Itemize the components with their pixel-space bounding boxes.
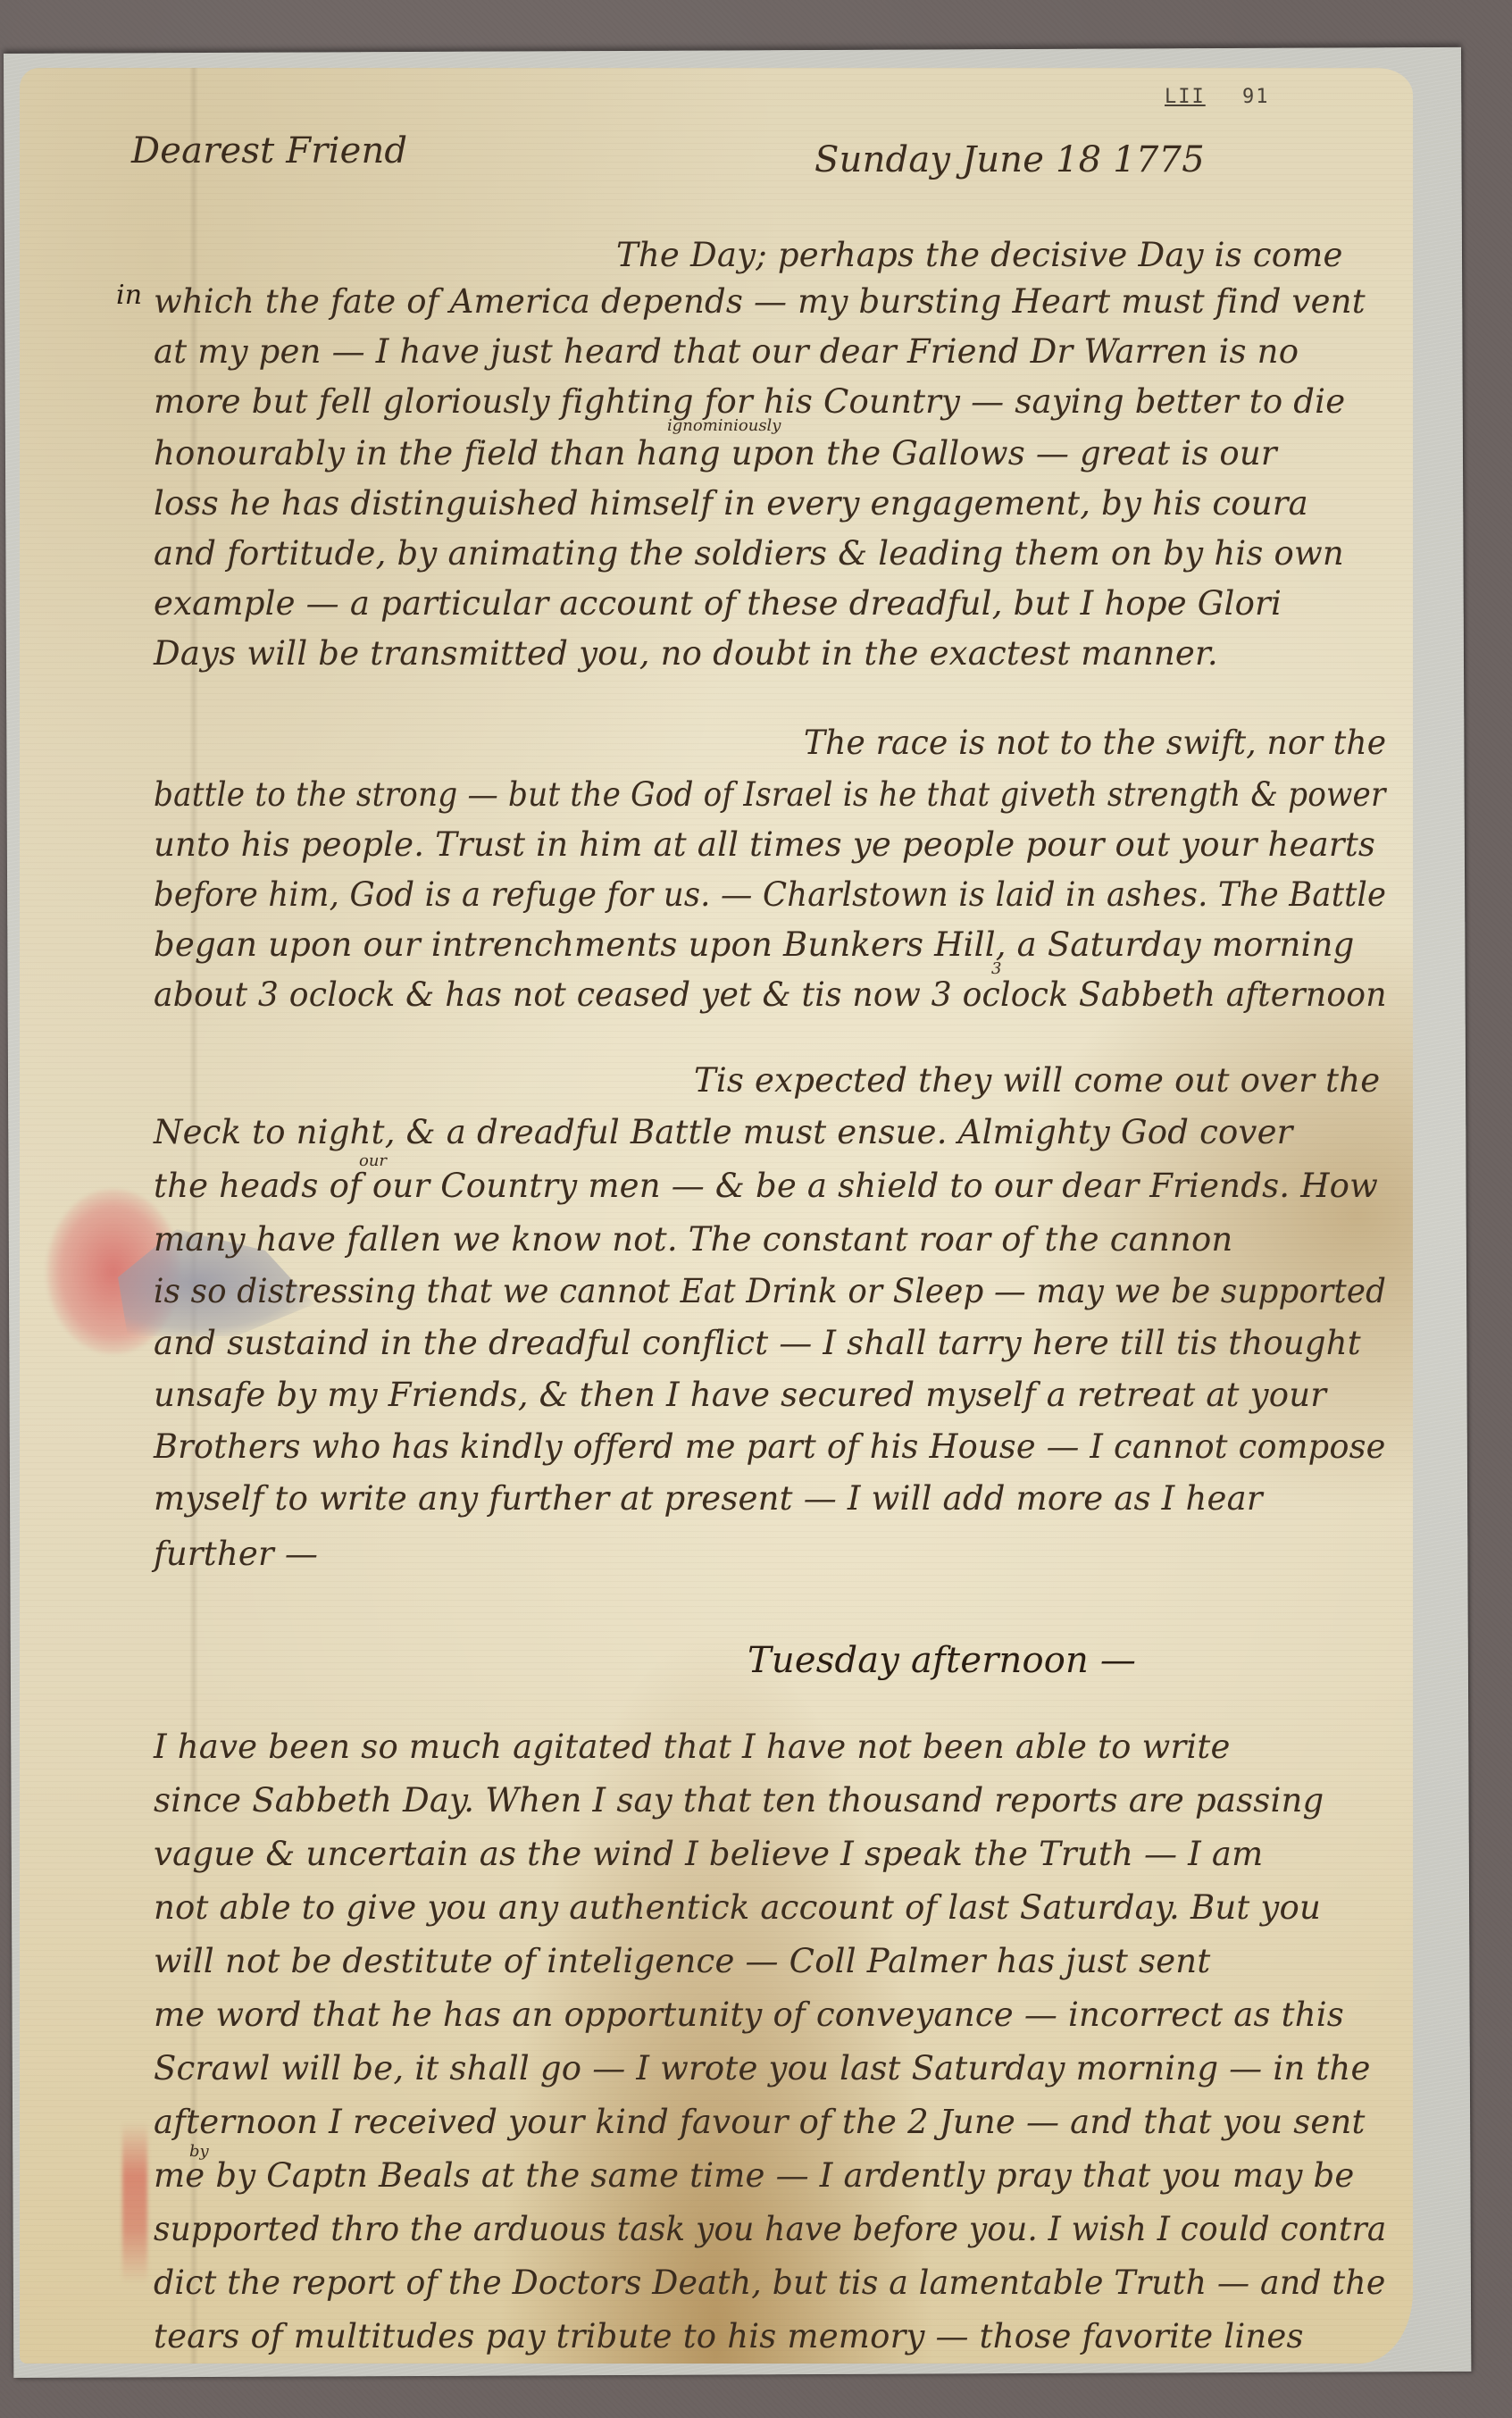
letter-line: afternoon I received your kind favour of… — [154, 2103, 1366, 2141]
letter-page: LII 91 Dearest Friend Sunday June 18 177… — [20, 68, 1413, 2364]
letter-line: me word that he has an opportunity of co… — [154, 1995, 1344, 2034]
letter-line: Days will be transmitted you, no doubt i… — [154, 634, 1218, 673]
letter-line: Scrawl will be, it shall go — I wrote yo… — [154, 2049, 1371, 2088]
letter-line: many have fallen we know not. The consta… — [154, 1220, 1232, 1259]
interlinear-insertion: ignominiously — [667, 416, 781, 435]
letter-line: Tis expected they will come out over the — [694, 1061, 1380, 1100]
margin-mark: in — [116, 280, 142, 311]
letter-line: and sustaind in the dreadful conflict — … — [154, 1324, 1361, 1362]
letter-line: dict the report of the Doctors Death, bu… — [154, 2263, 1385, 2302]
letter-line: The race is not to the swift, nor the — [804, 724, 1386, 762]
letter-line: The Day; perhaps the decisive Day is com… — [616, 236, 1343, 274]
letter-line: tears of multitudes pay tribute to his m… — [154, 2317, 1304, 2355]
letter-line: at my pen — I have just heard that our d… — [154, 332, 1299, 371]
letter-line: further — — [154, 1535, 318, 1573]
letter-line: me by Captn Beals at the same time — I a… — [154, 2156, 1355, 2195]
letter-line: loss he has distinguished himself in eve… — [154, 484, 1308, 523]
letter-line: not able to give you any authentick acco… — [154, 1888, 1321, 1927]
letter-line: example — a particular account of these … — [154, 584, 1282, 623]
letter-line: which the fate of America depends — my b… — [154, 282, 1366, 321]
letter-line: I have been so much agitated that I have… — [154, 1728, 1231, 1766]
dateline: Sunday June 18 1775 — [814, 139, 1205, 180]
letter-line: Neck to night, & a dreadful Battle must … — [154, 1113, 1293, 1151]
letter-line: is so distressing that we cannot Eat Dri… — [154, 1272, 1386, 1310]
letter-line: vague & uncertain as the wind I believe … — [154, 1835, 1263, 1873]
letter-line: supported thro the arduous task you have… — [154, 2210, 1386, 2248]
letter-line: since Sabbeth Day. When I say that ten t… — [154, 1781, 1324, 1820]
shelf-mark-volume: LII — [1165, 86, 1206, 108]
archival-shelf-mark: LII 91 — [1165, 86, 1270, 108]
section-heading: Tuesday afternoon — — [748, 1640, 1136, 1681]
letter-line: Brothers who has kindly offerd me part o… — [154, 1427, 1386, 1466]
letter-line: myself to write any further at present —… — [154, 1479, 1263, 1518]
letter-line: about 3 oclock & has not ceased yet & ti… — [154, 975, 1387, 1014]
letter-line: began upon our intrenchments upon Bunker… — [154, 925, 1355, 964]
salutation: Dearest Friend — [131, 130, 407, 172]
letter-line: will not be destitute of inteligence — C… — [154, 1942, 1210, 1980]
letter-line: honourably in the field than hang upon t… — [154, 434, 1277, 473]
red-ink-smudge — [122, 2122, 147, 2283]
letter-line: unto his people. Trust in him at all tim… — [154, 825, 1375, 864]
letter-line: and fortitude, by animating the soldiers… — [154, 534, 1344, 573]
letter-line: the heads of our Country men — & be a sh… — [154, 1167, 1378, 1205]
letter-line: before him, God is a refuge for us. — Ch… — [154, 875, 1386, 914]
letter-line: unsafe by my Friends, & then I have secu… — [154, 1376, 1326, 1414]
letter-line: more but fell gloriously fighting for hi… — [154, 382, 1345, 421]
letter-line: battle to the strong — but the God of Is… — [154, 775, 1386, 814]
shelf-mark-folio: 91 — [1242, 86, 1270, 108]
